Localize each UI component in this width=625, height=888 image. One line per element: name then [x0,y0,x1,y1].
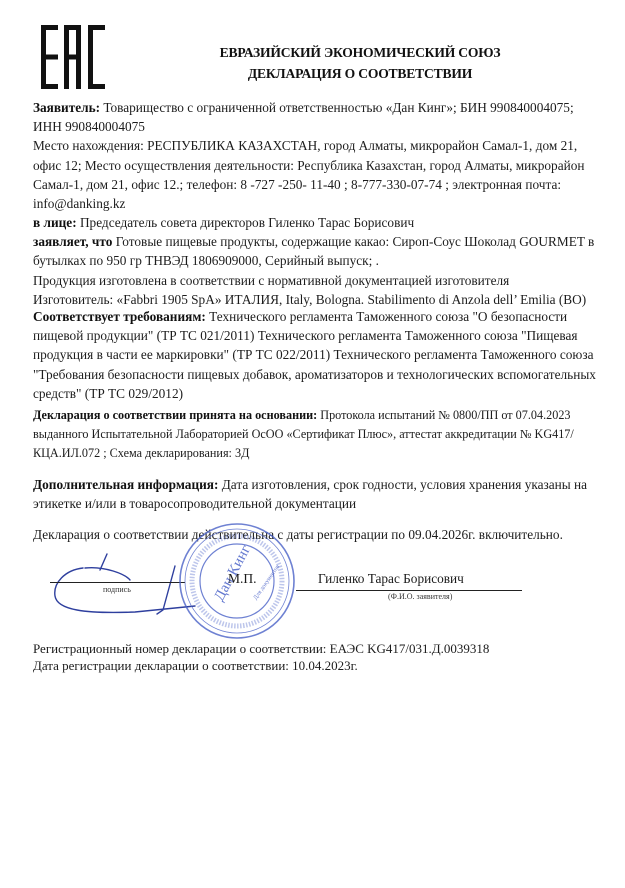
registration-date: Дата регистрации декларации о соответств… [33,658,358,673]
registration-number: Регистрационный номер декларации о соотв… [33,641,489,656]
declaration-title: ДЕКЛАРАЦИЯ О СООТВЕТСТВИИ [170,63,550,84]
basis-label: Декларация о соответствии принята на осн… [33,408,317,422]
applicant-text: Товарищество с ограниченной ответственно… [33,100,574,134]
registration-section: Регистрационный номер декларации о соотв… [33,640,603,674]
eac-logo-icon [41,25,105,89]
signer-caption: (Ф.И.О. заявителя) [388,592,452,601]
seal-mark: М.П. [228,571,257,587]
requirements-label: Соответствует требованиям: [33,309,206,324]
signer-name: Гиленко Тарас Борисович [318,571,464,587]
validity-statement: Декларация о соответствии действительна … [33,525,603,544]
applicant-section: Заявитель: Товарищество с ограниченной о… [33,98,603,213]
produced-note: Продукция изготовлена в соответствии с н… [33,273,509,288]
basis-section: Декларация о соответствии принята на осн… [33,406,603,464]
signature-line [50,582,185,583]
requirements-section: Соответствует требованиям: Технического … [33,307,603,403]
declares-text: Готовые пищевые продукты, содержащие как… [33,234,594,268]
represented-by-section: в лице: Председатель совета директоров Г… [33,213,603,309]
signer-line [296,590,522,591]
applicant-label: Заявитель: [33,100,100,115]
represented-by-text: Председатель совета директоров Гиленко Т… [77,215,415,230]
additional-label: Дополнительная информация: [33,477,218,492]
declares-label: заявляет, что [33,234,112,249]
document-header: ЕВРАЗИЙСКИЙ ЭКОНОМИЧЕСКИЙ СОЮЗ ДЕКЛАРАЦИ… [170,42,550,84]
union-title: ЕВРАЗИЙСКИЙ ЭКОНОМИЧЕСКИЙ СОЮЗ [170,42,550,63]
signature-caption: подпись [103,585,131,594]
manufacturer: Изготовитель: «Fabbri 1905 SpA» ИТАЛИЯ, … [33,292,586,307]
applicant-location: Место нахождения: РЕСПУБЛИКА КАЗАХСТАН, … [33,138,584,211]
additional-section: Дополнительная информация: Дата изготовл… [33,475,603,513]
represented-by-label: в лице: [33,215,77,230]
